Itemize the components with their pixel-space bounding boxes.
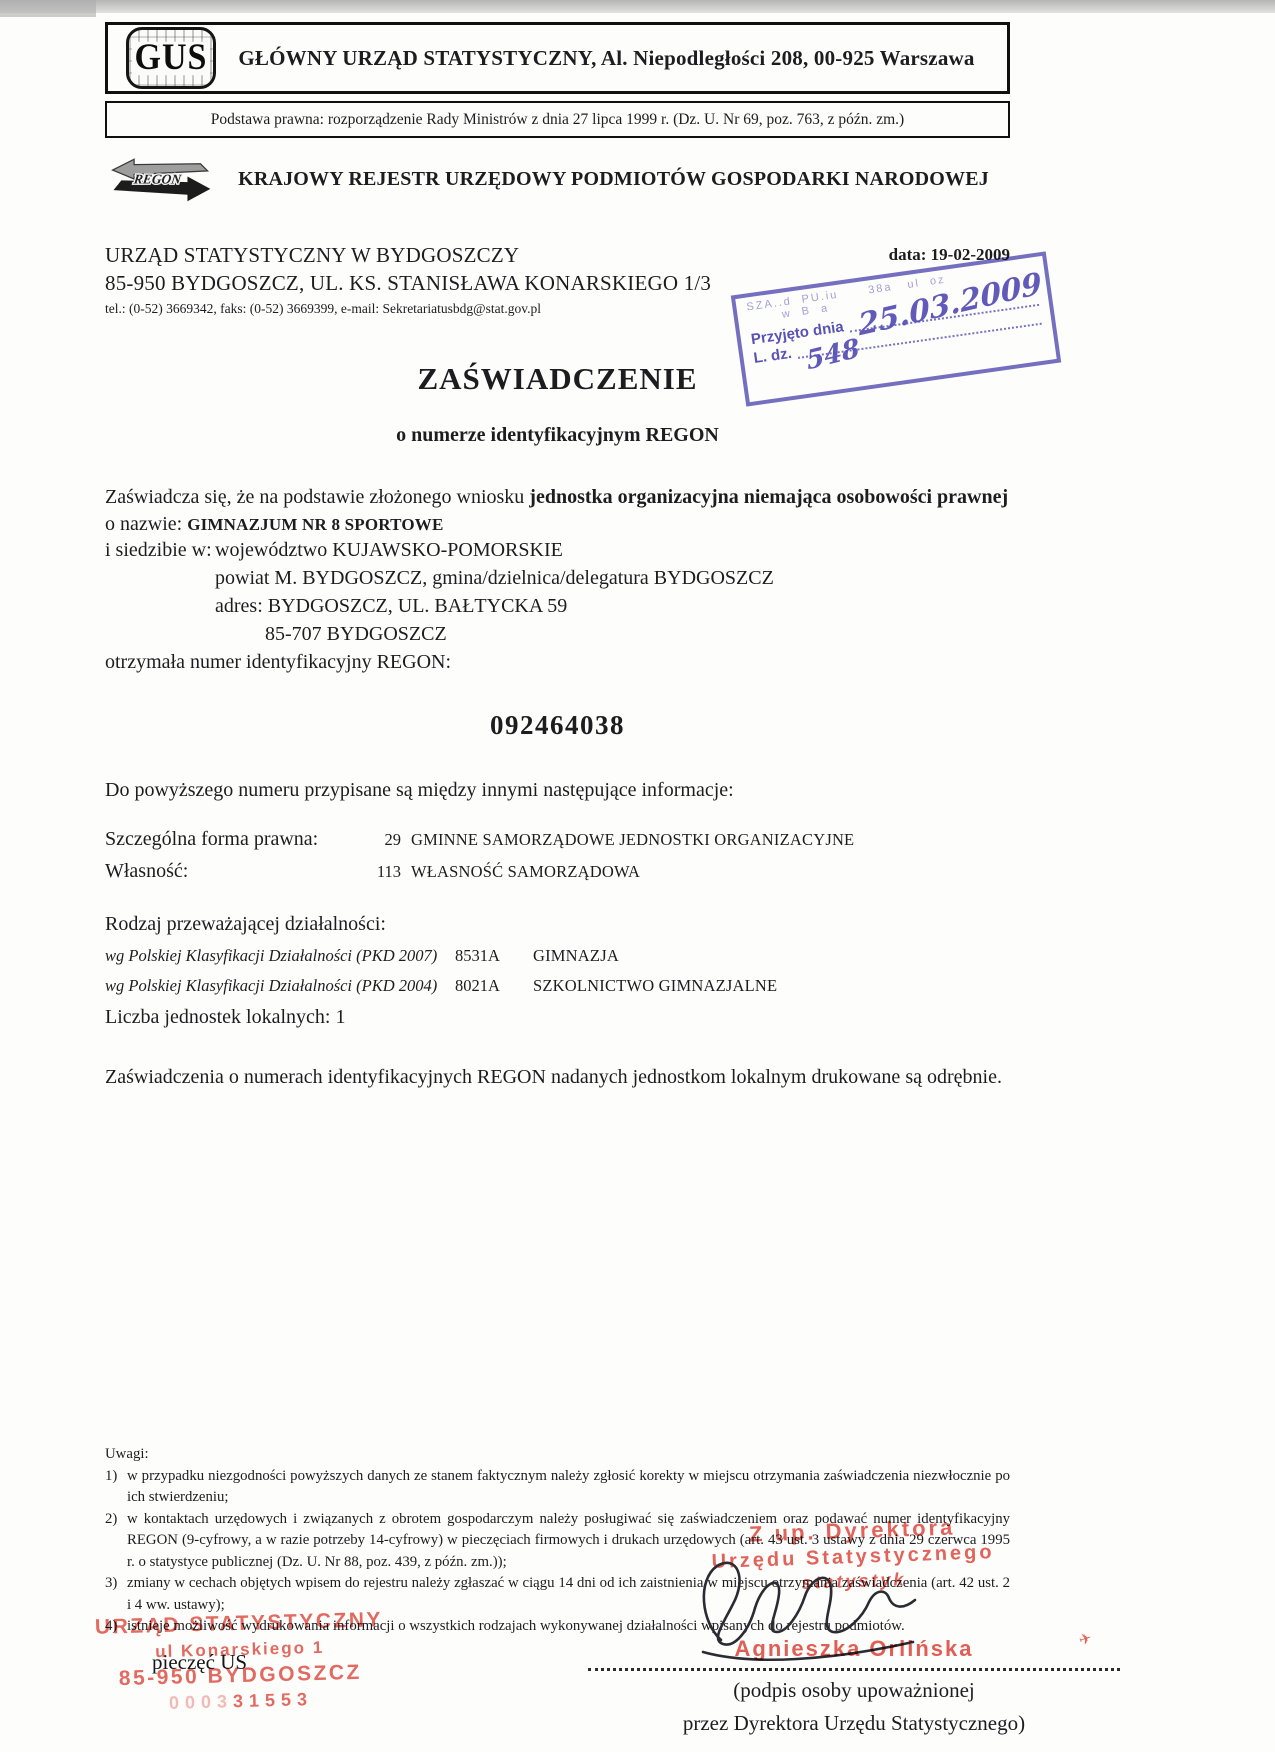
signature-dotted-line — [588, 1668, 1120, 1671]
pkd-code: 8021A — [455, 976, 515, 996]
gus-logo: GUS — [126, 27, 216, 89]
issue-date-label: data: — [889, 245, 927, 264]
seat-voivodeship: województwo KUJAWSKO-POMORSKIE — [215, 536, 563, 564]
attr-code: 113 — [367, 862, 401, 882]
remark-number: 2) — [105, 1509, 127, 1573]
ldz-label: L. dz. — [753, 345, 793, 367]
attr-label: Szczególna forma prawna: — [105, 828, 367, 851]
attr-code: 29 — [367, 830, 401, 850]
attribute-row: Szczególna forma prawna: 29 GMINNE SAMOR… — [105, 828, 1010, 851]
institution-line: GŁÓWNY URZĄD STATYSTYCZNY, Al. Niepodleg… — [216, 46, 997, 71]
seat-line-4: 85-707 BYDGOSZCZ — [265, 620, 1010, 648]
seat-label: i siedzibie w: — [105, 536, 215, 564]
local-units-count: Liczba jednostek lokalnych: 1 — [105, 1006, 1010, 1029]
registry-title: KRAJOWY REJESTR URZĘDOWY PODMIOTÓW GOSPO… — [217, 168, 1010, 191]
info-intro: Do powyższego numeru przypisane są międz… — [105, 779, 1010, 802]
seat-line-2: powiat M. BYDGOSZCZ, gmina/dzielnica/del… — [215, 564, 1010, 592]
office-stamp-number: 000331553 — [83, 1687, 399, 1716]
local-certificates-note: Zaświadczenia o numerach identyfikacyjny… — [105, 1063, 1010, 1092]
intro-bold: jednostka organizacyjna niemająca osobow… — [529, 486, 1008, 508]
attr-value: WŁASNOŚĆ SAMORZĄDOWA — [411, 862, 640, 882]
entity-name-line: o nazwie: GIMNAZJUM NR 8 SPORTOWE — [105, 513, 1010, 536]
seat-line-3: adres: BYDGOSZCZ, UL. BAŁTYCKA 59 — [215, 592, 1010, 620]
pkd-code: 8531A — [455, 946, 515, 966]
legal-basis-box: Podstawa prawna: rozporządzenie Rady Min… — [105, 101, 1010, 138]
signature-caption-line1: (podpis osoby upoważnionej — [588, 1678, 1120, 1703]
remark-number: 3) — [105, 1573, 127, 1616]
stamp-number-clear: 31553 — [233, 1689, 314, 1711]
signer-name-stamp: Agnieszka Orlińska — [588, 1636, 1120, 1662]
document-subtitle: o numerze identyfikacyjnym REGON — [105, 424, 1010, 447]
pkd-value: GIMNAZJA — [533, 946, 619, 966]
regon-number: 092464038 — [105, 710, 1010, 741]
remark-item: 1) w przypadku niezgodności powyższych d… — [105, 1466, 1010, 1509]
registry-title-row: REGON KRAJOWY REJESTR URZĘDOWY PODMIOTÓW… — [105, 153, 1010, 205]
signature-caption-line2: przez Dyrektora Urzędu Statystycznego) — [588, 1711, 1120, 1736]
pkd-classification: wg Polskiej Klasyfikacji Działalności (P… — [105, 976, 455, 996]
certification-intro: Zaświadcza się, że na podstawie złożoneg… — [105, 483, 1010, 511]
remark-text: w przypadku niezgodności powyższych dany… — [127, 1466, 1010, 1509]
header-institution-box: GUS GŁÓWNY URZĄD STATYSTYCZNY, Al. Niepo… — [105, 22, 1010, 94]
gus-logo-text: GUS — [132, 41, 211, 74]
received-number-label: otrzymała numer identyfikacyjny REGON: — [105, 648, 1010, 676]
pkd-row: wg Polskiej Klasyfikacji Działalności (P… — [105, 946, 1010, 966]
regon-arrows-icon: REGON — [105, 153, 217, 205]
entity-name: GIMNAZJUM NR 8 SPORTOWE — [187, 515, 443, 534]
scanned-certificate-page: GUS GŁÓWNY URZĄD STATYSTYCZNY, Al. Niepo… — [0, 0, 1275, 1752]
attr-value: GMINNE SAMORZĄDOWE JEDNOSTKI ORGANIZACYJ… — [411, 830, 854, 850]
legal-basis-text: Podstawa prawna: rozporządzenie Rady Min… — [211, 111, 904, 129]
attr-label: Własność: — [105, 860, 367, 883]
regon-logo-label: REGON — [132, 172, 183, 187]
pkd-row: wg Polskiej Klasyfikacji Działalności (P… — [105, 976, 1010, 996]
stamp-number-faded: 0003 — [169, 1691, 234, 1713]
pkd-value: SZKOLNICTWO GIMNAZJALNE — [533, 976, 777, 996]
seat-line-1: i siedzibie w: województwo KUJAWSKO-POMO… — [105, 536, 1010, 564]
pkd-classification: wg Polskiej Klasyfikacji Działalności (P… — [105, 946, 455, 966]
attribute-row: Własność: 113 WŁASNOŚĆ SAMORZĄDOWA — [105, 860, 1010, 883]
intro-normal: Zaświadcza się, że na podstawie złożoneg… — [105, 486, 529, 508]
stamp-caption: pieczęć US — [152, 1650, 247, 1675]
attributes-section: Szczególna forma prawna: 29 GMINNE SAMOR… — [105, 828, 1010, 883]
remark-number: 1) — [105, 1466, 127, 1509]
issuing-office-block: URZĄD STATYSTYCZNY W BYDGOSZCZY 85-950 B… — [105, 243, 1010, 317]
remarks-heading: Uwagi: — [105, 1444, 1010, 1465]
activity-heading: Rodzaj przeważającej działalności: — [105, 913, 1010, 936]
name-label: o nazwie: — [105, 513, 187, 535]
scan-corner-artifact — [0, 0, 96, 17]
office-name: URZĄD STATYSTYCZNY W BYDGOSZCZY — [105, 243, 1010, 268]
document-content: GUS GŁÓWNY URZĄD STATYSTYCZNY, Al. Niepo… — [105, 0, 1010, 1637]
handwritten-ldz-number: 548 — [805, 333, 862, 376]
